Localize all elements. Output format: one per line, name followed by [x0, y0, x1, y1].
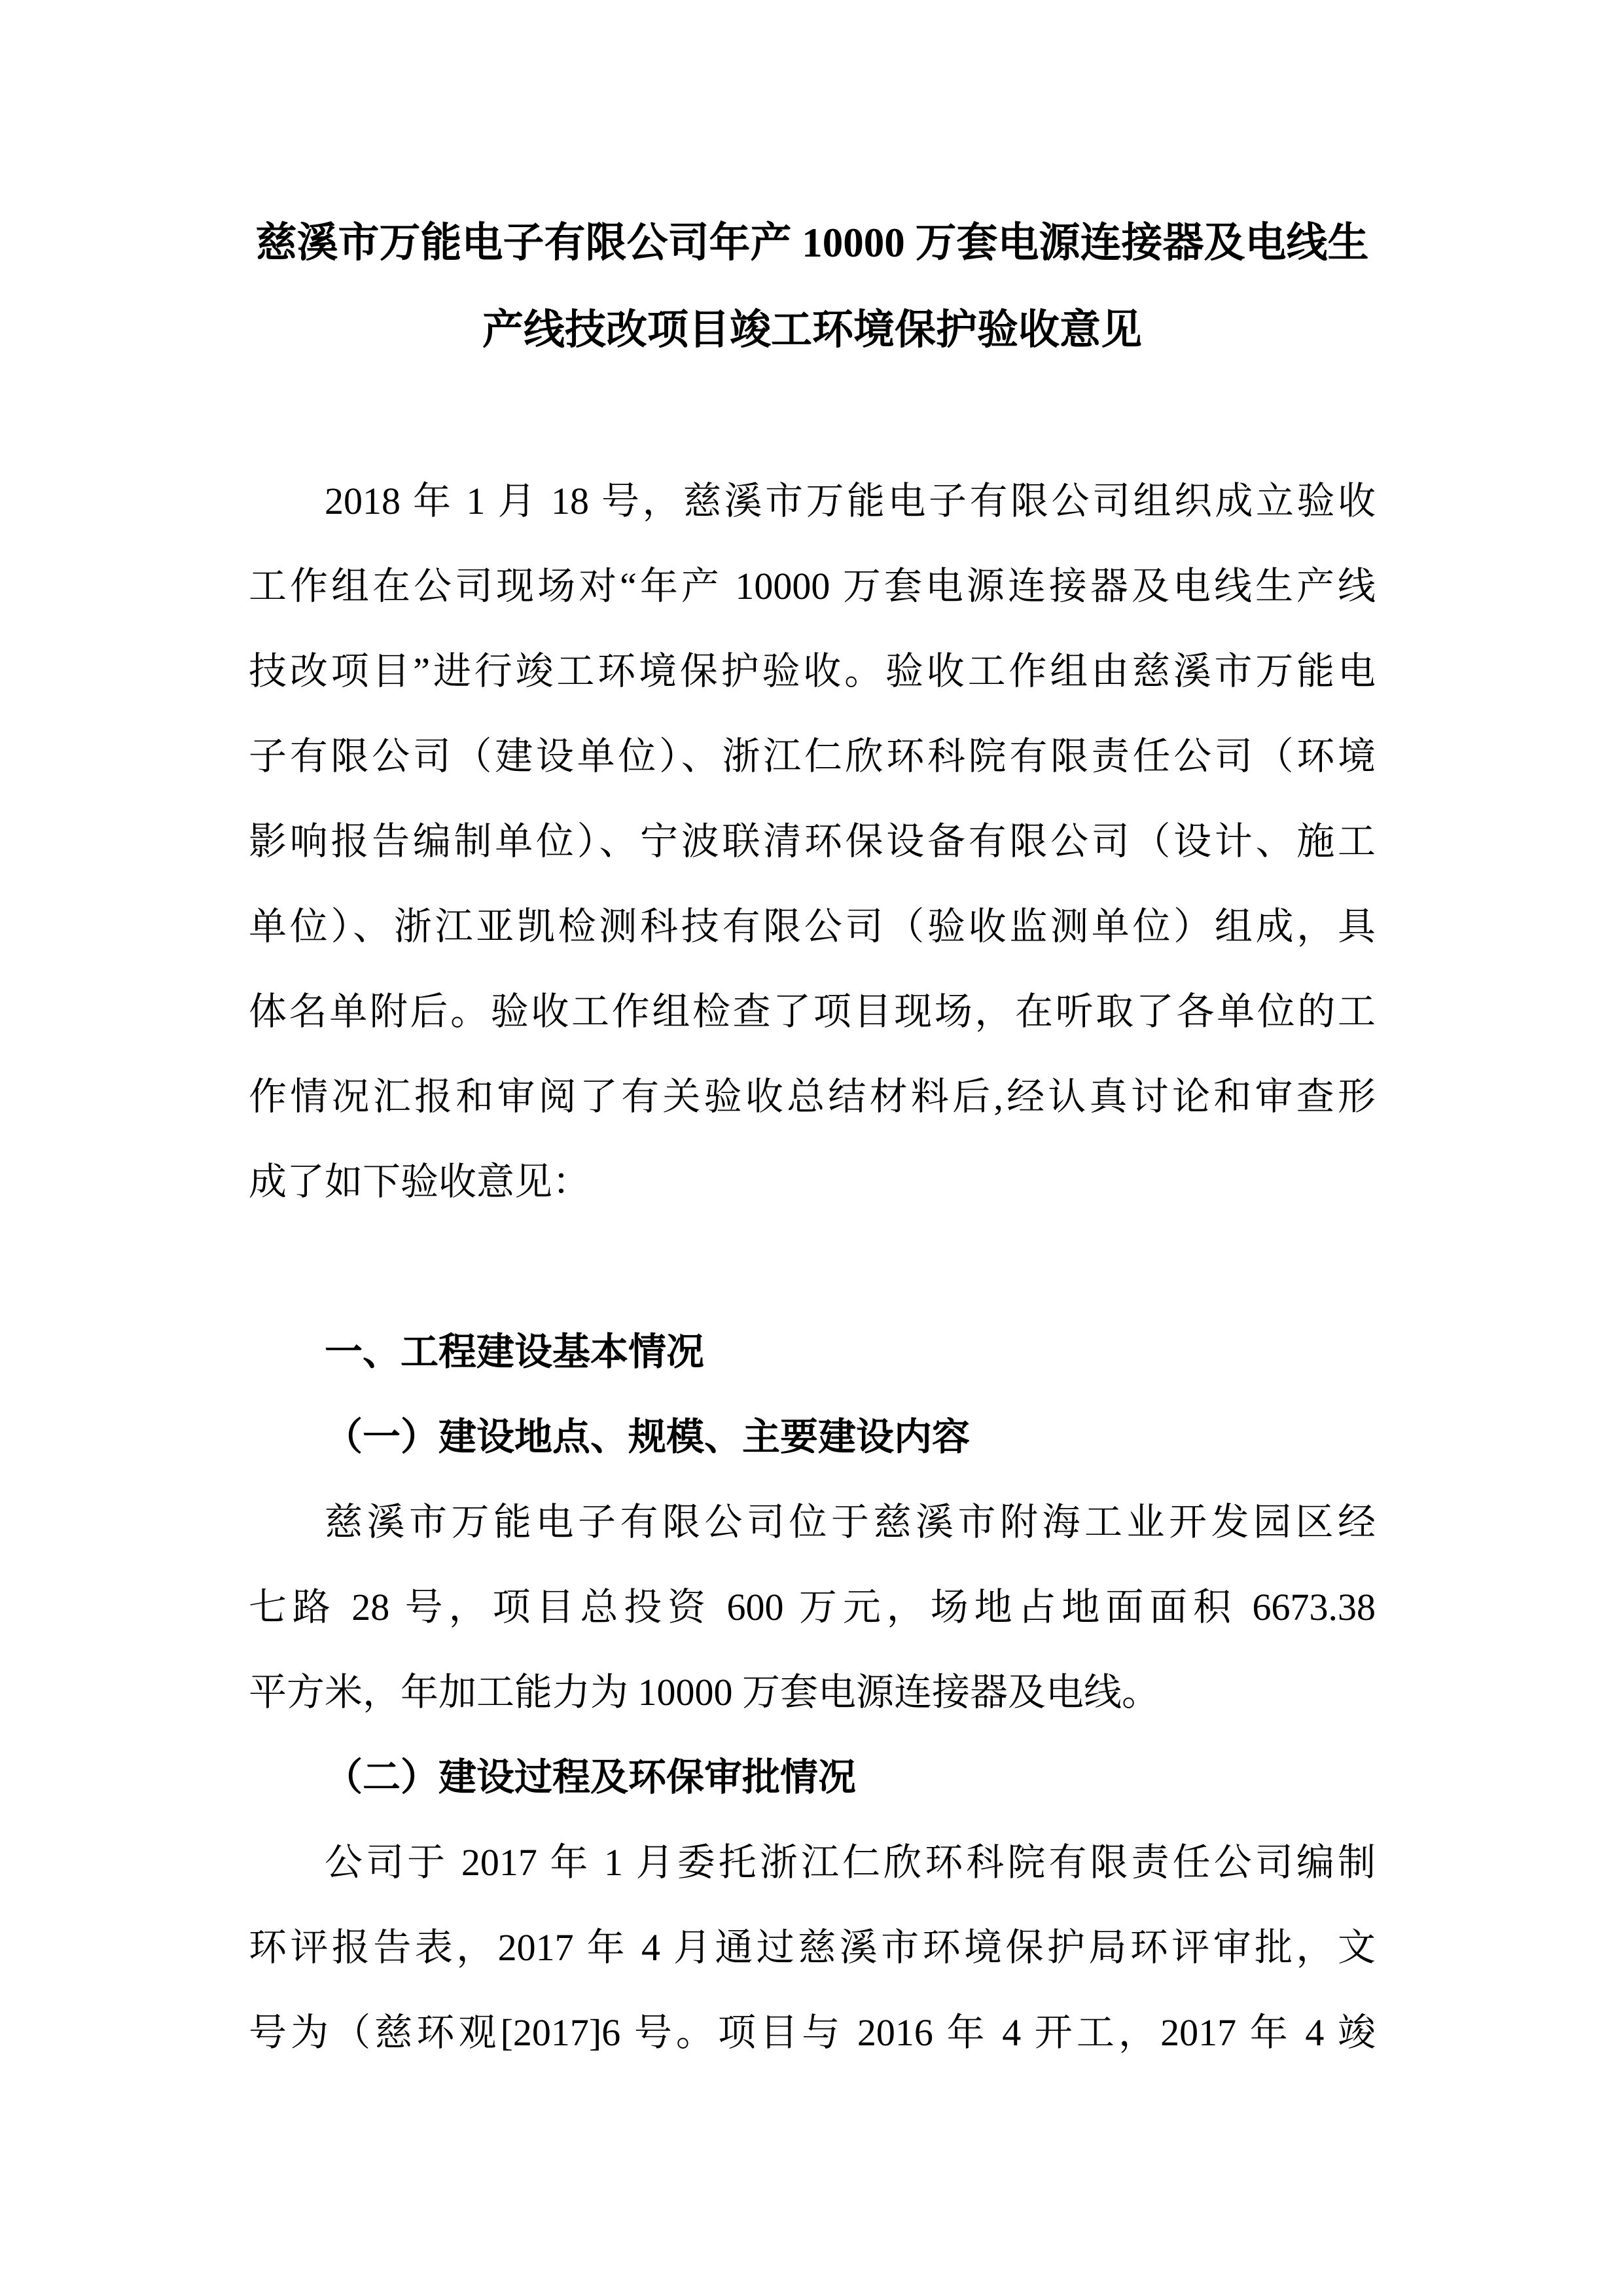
document-body: 2018 年 1 月 18 号，慈溪市万能电子有限公司组织成立验收工作组在公司现… — [249, 374, 1376, 2075]
body-text-line: 慈溪市万能电子有限公司位于慈溪市附海工业开发园区经 — [249, 1480, 1376, 1565]
body-text-line: 号为（慈环观[2017]6 号。项目与 2016 年 4 开工，2017 年 4… — [249, 1990, 1376, 2075]
body-text-line: 七路 28 号，项目总投资 600 万元，场地占地面面积 6673.38 — [249, 1565, 1376, 1650]
blank-line — [249, 1225, 1376, 1310]
body-text-line: 子有限公司（建设单位）、浙江仁欣环科院有限责任公司（环境 — [249, 714, 1376, 799]
body-text-line: 平方米，年加工能力为 10000 万套电源连接器及电线。 — [249, 1650, 1376, 1735]
document-title: 慈溪市万能电子有限公司年产 10000 万套电源连接器及电线生产线技改项目竣工环… — [249, 200, 1376, 374]
body-text-line: 2018 年 1 月 18 号，慈溪市万能电子有限公司组织成立验收 — [249, 459, 1376, 544]
body-text-line: 工作组在公司现场对“年产 10000 万套电源连接器及电线生产线 — [249, 544, 1376, 629]
document-page: 慈溪市万能电子有限公司年产 10000 万套电源连接器及电线生产线技改项目竣工环… — [0, 0, 1623, 2296]
document-title-line: 慈溪市万能电子有限公司年产 10000 万套电源连接器及电线生 — [249, 200, 1376, 287]
document-title-line: 产线技改项目竣工环境保护验收意见 — [249, 287, 1376, 374]
body-text-line: 作情况汇报和审阅了有关验收总结材料后,经认真讨论和审查形 — [249, 1054, 1376, 1139]
section-heading: 一、工程建设基本情况 — [249, 1310, 1376, 1395]
body-text-line: 体名单附后。验收工作组检查了项目现场，在听取了各单位的工 — [249, 969, 1376, 1054]
document-content: 慈溪市万能电子有限公司年产 10000 万套电源连接器及电线生产线技改项目竣工环… — [249, 200, 1376, 2075]
blank-line — [249, 374, 1376, 459]
section-heading: （一）建设地点、规模、主要建设内容 — [249, 1395, 1376, 1480]
body-text-line: 单位）、浙江亚凯检测科技有限公司（验收监测单位）组成，具 — [249, 884, 1376, 969]
body-text-line: 成了如下验收意见： — [249, 1139, 1376, 1225]
body-text-line: 技改项目”进行竣工环境保护验收。验收工作组由慈溪市万能电 — [249, 629, 1376, 714]
section-heading: （二）建设过程及环保审批情况 — [249, 1735, 1376, 1820]
body-text-line: 环评报告表，2017 年 4 月通过慈溪市环境保护局环评审批，文 — [249, 1905, 1376, 1990]
body-text-line: 影响报告编制单位）、宁波联清环保设备有限公司（设计、施工 — [249, 799, 1376, 884]
body-text-line: 公司于 2017 年 1 月委托浙江仁欣环科院有限责任公司编制 — [249, 1820, 1376, 1905]
